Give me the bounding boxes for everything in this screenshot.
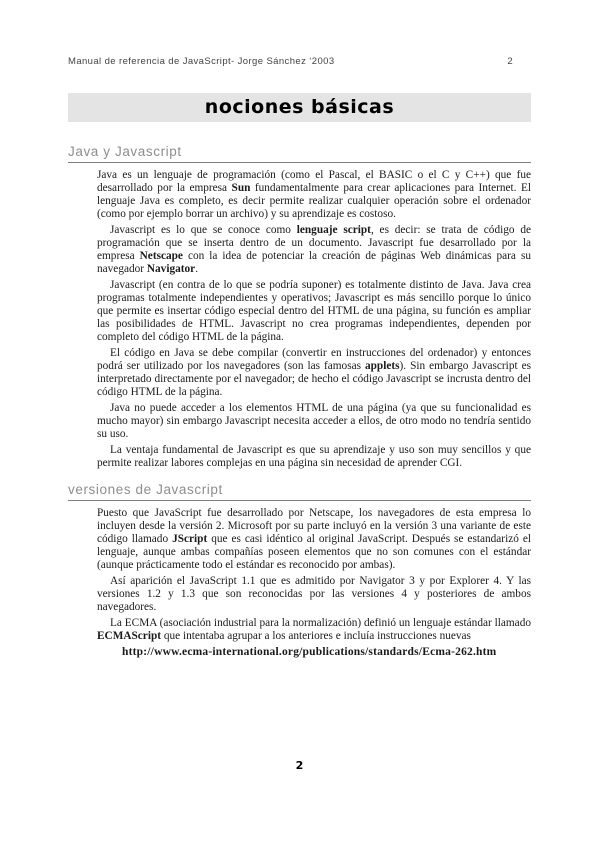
chapter-banner: nociones básicas [68, 93, 531, 122]
header-title: Manual de referencia de JavaScript- Jorg… [68, 56, 335, 67]
text-run: La ECMA (asociación industrial para la n… [110, 617, 531, 629]
bold-term: Navigator [147, 263, 195, 275]
document-page: Manual de referencia de JavaScript- Jorg… [0, 0, 599, 848]
bold-term: http://www.ecma-international.org/public… [122, 646, 496, 658]
document-section: Java y JavascriptJava es un lenguaje de … [68, 144, 531, 470]
page-header: Manual de referencia de JavaScript- Jorg… [68, 56, 531, 69]
bold-term: applets [365, 360, 400, 372]
body-paragraph: Puesto que JavaScript fue desarrollado p… [97, 507, 531, 572]
chapter-title: nociones básicas [205, 96, 394, 118]
text-run: Así aparición el JavaScript 1.1 que es a… [97, 575, 531, 613]
bold-term: Netscape [140, 250, 183, 262]
text-run: La ventaja fundamental de Javascript es … [97, 444, 531, 469]
page-footer: 2 [0, 759, 599, 772]
section-heading: versiones de Javascript [68, 482, 531, 501]
footer-page-number: 2 [296, 759, 304, 772]
body-paragraph: El código en Java se debe compilar (conv… [97, 347, 531, 399]
body-paragraph: Javascript es lo que se conoce como leng… [97, 224, 531, 276]
body-paragraph: Java es un lenguaje de programación (com… [97, 169, 531, 221]
body-paragraph: Java no puede acceder a los elementos HT… [97, 402, 531, 441]
document-section: versiones de JavascriptPuesto que JavaSc… [68, 482, 531, 659]
text-run: que intentaba agrupar a los anteriores e… [161, 630, 471, 642]
bold-term: JScript [172, 533, 207, 545]
section-heading: Java y Javascript [68, 144, 531, 163]
body-paragraph: La ventaja fundamental de Javascript es … [97, 444, 531, 470]
text-run: . [195, 263, 198, 275]
text-run: Javascript es lo que se conoce como [110, 224, 297, 236]
body-paragraph: Así aparición el JavaScript 1.1 que es a… [97, 575, 531, 614]
bold-term: Sun [232, 182, 251, 194]
body-paragraph: La ECMA (asociación industrial para la n… [97, 617, 531, 643]
header-page-number: 2 [507, 56, 531, 67]
text-run: Java no puede acceder a los elementos HT… [97, 402, 531, 440]
text-run: Javascript (en contra de lo que se podrí… [97, 279, 531, 343]
document-body: Java y JavascriptJava es un lenguaje de … [68, 144, 531, 659]
body-paragraph: Javascript (en contra de lo que se podrí… [97, 279, 531, 344]
reference-url: http://www.ecma-international.org/public… [122, 646, 531, 659]
bold-term: ECMAScript [97, 630, 161, 642]
bold-term: lenguaje script [297, 224, 371, 236]
